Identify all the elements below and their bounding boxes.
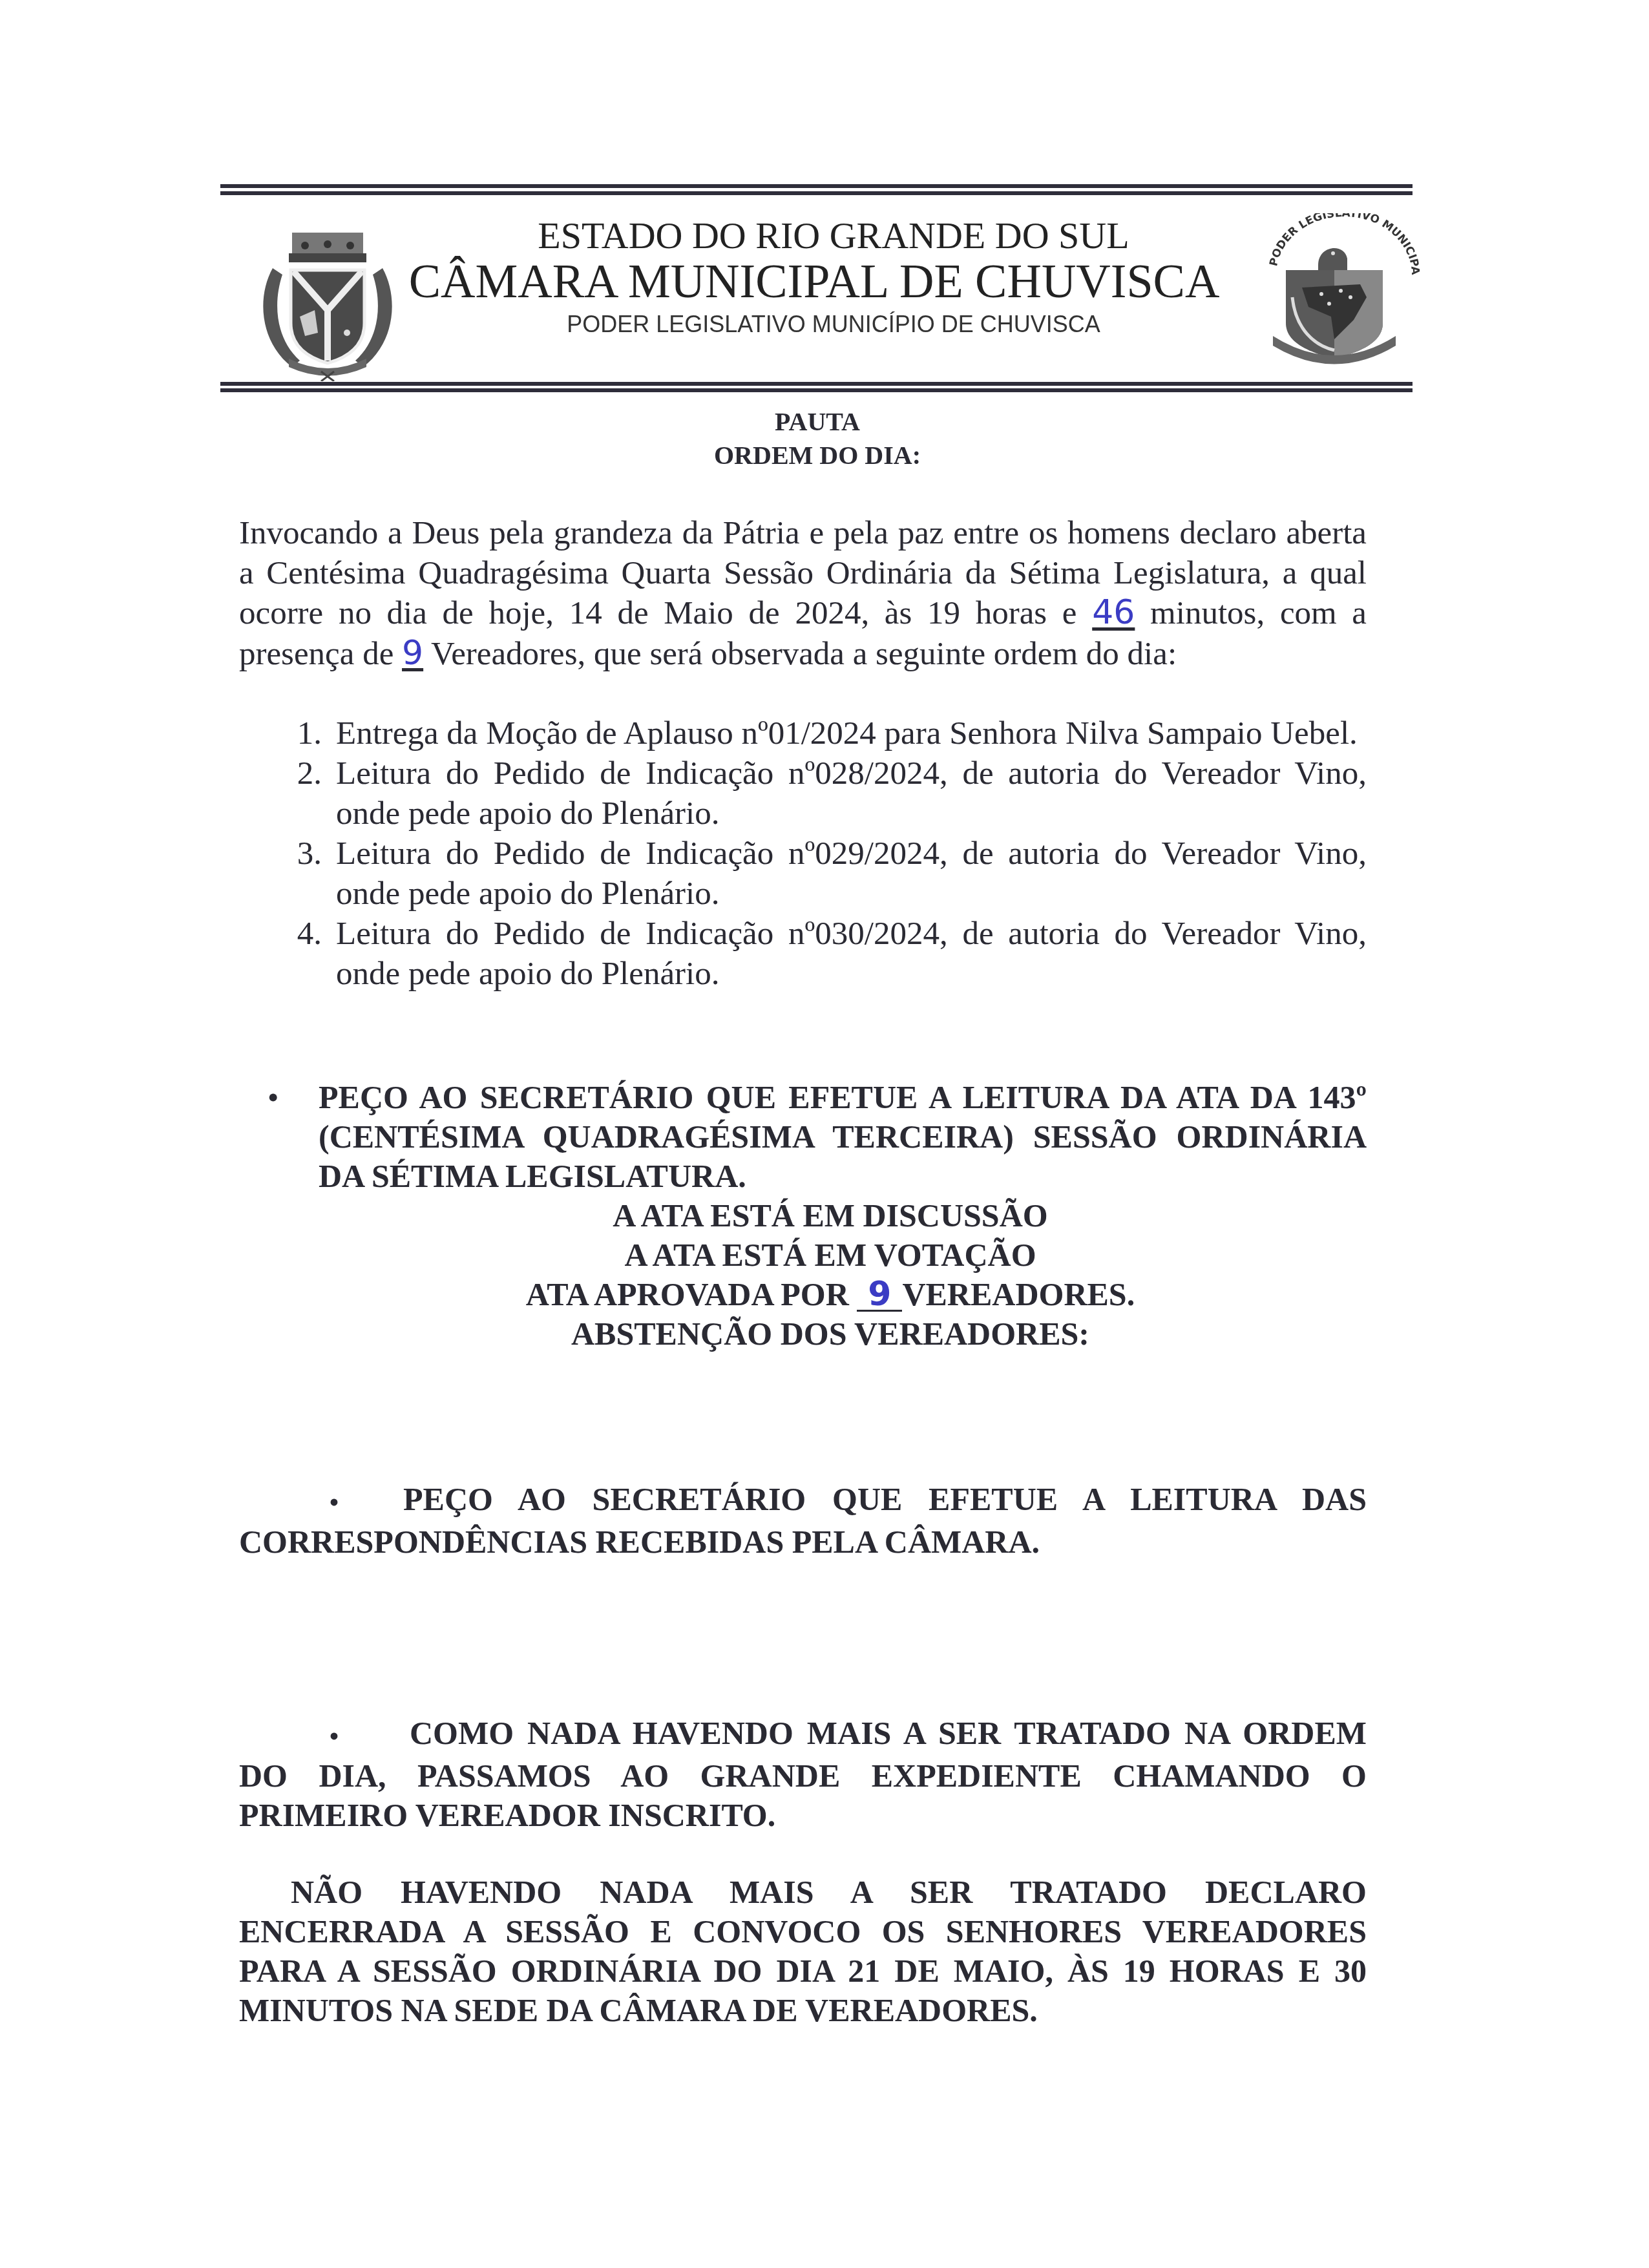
agenda-item-number: 1.	[239, 713, 336, 753]
minutes-reading-request: PEÇO AO SECRETÁRIO QUE EFETUE A LEITURA …	[319, 1078, 1367, 1196]
header-bottom-rule-2	[220, 388, 1413, 392]
agenda-item-number: 3.	[239, 834, 336, 914]
agenda-item-number: 4.	[239, 914, 336, 994]
legislative-seal-icon: PODER LEGISLATIVO MUNICIPAL	[1257, 213, 1431, 368]
opening-text-3: Vereadores, que será observada a seguint…	[431, 636, 1177, 672]
minutes-voting: A ATA ESTÁ EM VOTAÇÃO	[233, 1235, 1428, 1275]
minutes-reading-section: • PEÇO AO SECRETÁRIO QUE EFETUE A LEITUR…	[268, 1078, 1367, 1196]
handwritten-councillors-present: 9	[402, 634, 423, 673]
bullet-icon: •	[330, 1483, 339, 1522]
header-bottom-rule-1	[220, 382, 1413, 386]
closing-text: NÃO HAVENDO NADA MAIS A SER TRATADO DECL…	[239, 1874, 1367, 2028]
grand-expedient-text: COMO NADA HAVENDO MAIS A SER TRATADO NA …	[239, 1715, 1367, 1833]
agenda-item-number: 2.	[239, 753, 336, 834]
opening-paragraph: Invocando a Deus pela grandeza da Pátria…	[239, 514, 1367, 674]
header-top-rule-1	[220, 184, 1413, 188]
correspondence-request: PEÇO AO SECRETÁRIO QUE EFETUE A LEITURA …	[239, 1481, 1367, 1560]
agenda-item-text: Leitura do Pedido de Indicação nº030/202…	[336, 914, 1367, 994]
agenda-item-text: Leitura do Pedido de Indicação nº028/202…	[336, 753, 1367, 834]
header-state-name: ESTADO DO RIO GRANDE DO SUL	[414, 213, 1254, 258]
header-top-rule-2	[220, 191, 1413, 195]
agenda-title: PAUTA	[220, 406, 1415, 438]
approval-prefix: ATA APROVADA POR	[526, 1276, 849, 1312]
header-subtitle: PODER LEGISLATIVO MUNICÍPIO DE CHUVISCA	[414, 310, 1254, 339]
correspondence-section: •PEÇO AO SECRETÁRIO QUE EFETUE A LEITURA…	[239, 1480, 1367, 1562]
minutes-approval: ATA APROVADA POR 9VEREADORES.	[233, 1275, 1428, 1314]
agenda-item: 4. Leitura do Pedido de Indicação nº030/…	[239, 914, 1367, 994]
handwritten-approval-count: 9	[857, 1279, 902, 1312]
bullet-icon: •	[268, 1078, 319, 1196]
agenda-item: 3. Leitura do Pedido de Indicação nº029/…	[239, 834, 1367, 914]
closing-section: NÃO HAVENDO NADA MAIS A SER TRATADO DECL…	[239, 1873, 1367, 2030]
grand-expedient-section: •COMO NADA HAVENDO MAIS A SER TRATADO NA…	[239, 1714, 1367, 1835]
agenda-item: 2. Leitura do Pedido de Indicação nº028/…	[239, 753, 1367, 834]
header-chamber-name: CÂMARA MUNICIPAL DE CHUVISCA	[362, 254, 1266, 310]
minutes-abstention: ABSTENÇÃO DOS VEREADORES:	[233, 1314, 1428, 1354]
agenda-item: 1. Entrega da Moção de Aplauso nº01/2024…	[239, 713, 1367, 753]
bullet-icon: •	[330, 1717, 339, 1756]
agenda-item-text: Entrega da Moção de Aplauso nº01/2024 pa…	[336, 713, 1367, 753]
handwritten-minutes: 46	[1092, 593, 1135, 632]
agenda-item-text: Leitura do Pedido de Indicação nº029/202…	[336, 834, 1367, 914]
minutes-discussion: A ATA ESTÁ EM DISCUSSÃO	[233, 1196, 1428, 1235]
approval-suffix: VEREADORES.	[902, 1276, 1135, 1312]
agenda-list: 1. Entrega da Moção de Aplauso nº01/2024…	[239, 713, 1367, 994]
order-of-day-title: ORDEM DO DIA:	[220, 439, 1415, 472]
